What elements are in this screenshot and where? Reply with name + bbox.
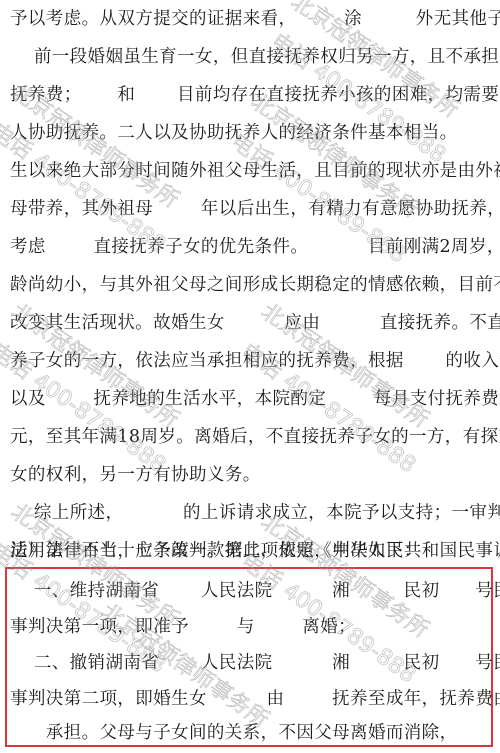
text-line: 法》第一百七十七条第一款第二项规定，判决如下： [10, 538, 422, 564]
text-line: 生以来绝大部分时间随外祖父母生活，且目前的现状亦是由外祖父 [10, 158, 500, 184]
judgment-line: 一、维持湖南省 人民法院 湘 民初 号民 [10, 578, 500, 604]
judgment-line: 二、撤销湖南省 人民法院 湘 民初 号民 [10, 650, 500, 676]
judgment-line: 事判决第一项，即准予 与 离婚； [10, 614, 356, 640]
text-line: 母带养，其外祖母 年以后出生，有精力有意愿协助抚养，这是 [10, 196, 500, 222]
text-line: 综上所述， 的上诉请求成立，本院予以支持；一审判决 [10, 500, 500, 526]
text-line: 改变其生活现状。故婚生女 应由 直接抚养。不直接抚 [10, 310, 500, 336]
text-line: 考虑 直接抚养子女的优先条件。 目前刚满2周岁，年 [10, 234, 500, 260]
text-line: 女的权利，另一方有协助义务。 [10, 462, 261, 488]
text-line: 元，至其年满18周岁。离婚后，不直接抚养子女的一方，有探望子 [10, 424, 500, 450]
judgment-document-page: 予以考虑。从双方提交的证据来看， 涂 外无其他子女， 前一段婚姻虽生育一女，但直… [0, 0, 500, 753]
judgment-line: 承担。父母与子女间的关系，不因父母离婚而消除， [10, 720, 457, 746]
text-line: 龄尚幼小，与其外祖父母之间形成长期稳定的情感依赖，目前不宜 [10, 272, 500, 298]
text-line: 养子女的一方，依法应当承担相应的抚养费，根据 的收入情况 [10, 348, 500, 374]
judgment-line: 事判决第二项，即婚生女 由 抚养至成年，抚养费由 [10, 686, 500, 712]
text-line: 抚养费； 和 目前均存在直接抚养小孩的困难，均需要他 [10, 82, 500, 108]
text-line: 前一段婚姻虽生育一女，但直接抚养权归另一方，且不承担 [10, 44, 499, 70]
text-line: 予以考虑。从双方提交的证据来看， 涂 外无其他子女， [10, 6, 500, 32]
text-line: 人协助抚养。二人以及协助抚养人的经济条件基本相当。 出 [10, 120, 500, 146]
text-line: 以及 抚养地的生活水平，本院酌定 每月支付抚养费1000 [10, 386, 500, 412]
